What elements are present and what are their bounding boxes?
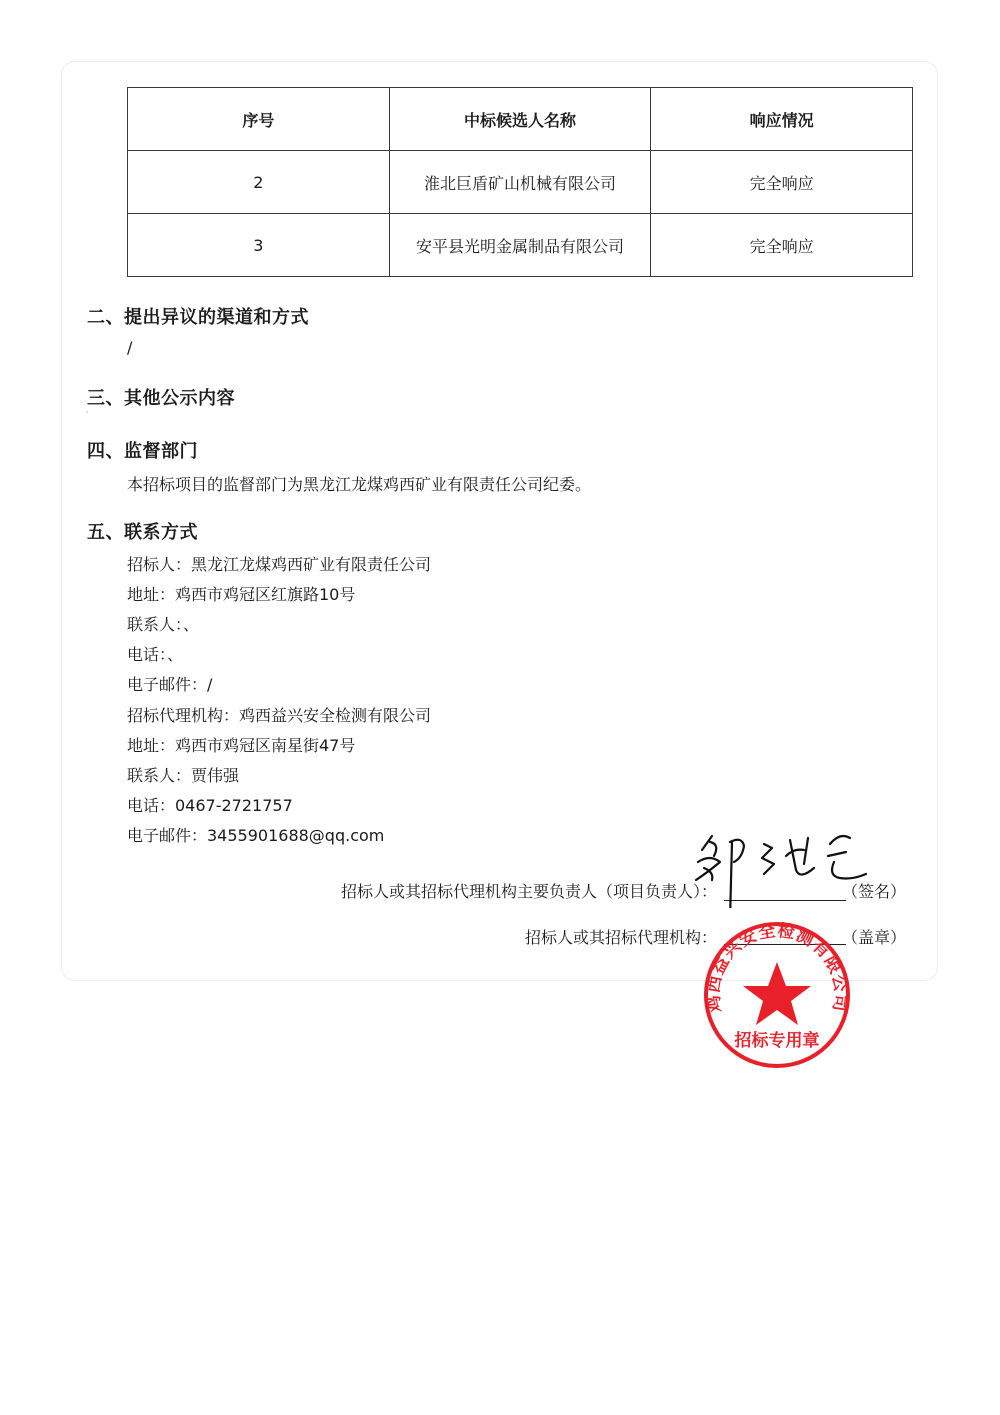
- cell-response: 完全响应: [651, 151, 913, 214]
- company-seal-icon: 鸡西益兴安全检测有限公司 招标专用章: [702, 920, 852, 1070]
- section-supervision-title: 四、监督部门: [87, 437, 198, 463]
- section-contact-title: 五、联系方式: [87, 518, 198, 544]
- handwritten-signature-icon: [690, 828, 880, 908]
- principal-signature-label: 招标人或其招标代理机构主要负责人（项目负责人）：: [341, 879, 717, 902]
- contact-agency-phone: 电话：0467-2721757: [127, 793, 293, 816]
- cell-index: 2: [128, 151, 390, 214]
- contact-agency-person: 联系人：贾伟强: [127, 763, 239, 786]
- seal-inner-text: 招标专用章: [734, 1030, 820, 1051]
- section-other-title: 三、其他公示内容: [87, 384, 235, 410]
- contact-tenderer-person: 联系人：、: [127, 612, 199, 635]
- cell-name: 淮北巨盾矿山机械有限公司: [389, 151, 651, 214]
- contact-tenderer-address: 地址：鸡西市鸡冠区红旗路10号: [127, 582, 355, 605]
- cell-index: 3: [128, 214, 390, 277]
- cell-name: 安平县光明金属制品有限公司: [389, 214, 651, 277]
- contact-tenderer: 招标人：黑龙江龙煤鸡西矿业有限责任公司: [127, 552, 431, 575]
- contact-agency-email: 电子邮件：3455901688@qq.com: [127, 823, 384, 846]
- candidate-table: 序号 中标候选人名称 响应情况 2 淮北巨盾矿山机械有限公司 完全响应 3 安平…: [127, 87, 913, 277]
- header-index: 序号: [128, 88, 390, 151]
- table-header-row: 序号 中标候选人名称 响应情况: [128, 88, 913, 151]
- section-supervision-body: 本招标项目的监督部门为黑龙江龙煤鸡西矿业有限责任公司纪委。: [127, 472, 591, 495]
- section-objection-title: 二、提出异议的渠道和方式: [87, 303, 309, 329]
- cell-response: 完全响应: [651, 214, 913, 277]
- contact-tenderer-email: 电子邮件：/: [127, 672, 212, 695]
- table-row: 3 安平县光明金属制品有限公司 完全响应: [128, 214, 913, 277]
- decorative-dot: [86, 411, 88, 413]
- header-response: 响应情况: [651, 88, 913, 151]
- contact-tenderer-phone: 电话：、: [127, 642, 183, 665]
- contact-agency-address: 地址：鸡西市鸡冠区南星街47号: [127, 733, 355, 756]
- header-name: 中标候选人名称: [389, 88, 651, 151]
- agency-seal-label: 招标人或其招标代理机构：: [525, 925, 717, 948]
- section-objection-body: /: [127, 338, 132, 357]
- contact-agency: 招标代理机构：鸡西益兴安全检测有限公司: [127, 703, 431, 726]
- table-row: 2 淮北巨盾矿山机械有限公司 完全响应: [128, 151, 913, 214]
